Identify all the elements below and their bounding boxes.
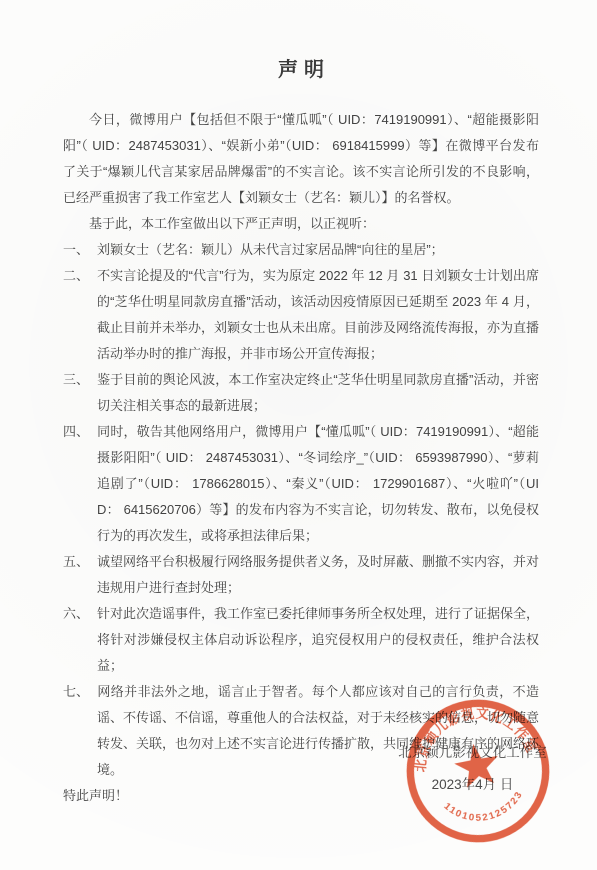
statement-item-6: 六、针对此次造谣事件，我工作室已委托律师事务所全权处理，进行了证据保全，将针对涉… xyxy=(63,601,539,679)
item-number: 五、 xyxy=(63,549,97,575)
item-number: 四、 xyxy=(63,419,97,445)
statement-item-1: 一、刘颖女士（艺名：颖儿）从未代言过家居品牌“向往的星居”； xyxy=(63,237,539,263)
item-number: 一、 xyxy=(63,237,97,263)
item-text: 不实言论提及的“代言”行为，实为原定 2022 年 12 月 31 日刘颖女士计… xyxy=(97,268,539,361)
intro-paragraph: 今日，微博用户【包括但不限于“懂瓜呱”（ UID：7419190991）、“超能… xyxy=(63,107,539,211)
statement-item-5: 五、诚望网络平台积极履行网络服务提供者义务，及时屏蔽、删撤不实内容，并对违规用户… xyxy=(63,549,539,601)
item-number: 六、 xyxy=(63,601,97,627)
item-text: 诚望网络平台积极履行网络服务提供者义务，及时屏蔽、删撤不实内容，并对违规用户进行… xyxy=(97,554,539,595)
statement-document-page: 声明 今日，微博用户【包括但不限于“懂瓜呱”（ UID：7419190991）、… xyxy=(0,0,597,870)
document-content: 声明 今日，微博用户【包括但不限于“懂瓜呱”（ UID：7419190991）、… xyxy=(63,0,539,809)
statement-item-4: 四、同时，敬告其他网络用户，微博用户【“懂瓜呱”（ UID：7419190991… xyxy=(63,419,539,549)
document-title: 声明 xyxy=(63,56,539,84)
item-text: 鉴于目前的舆论风波，本工作室决定终止“芝华仕明星同款房直播”活动，并密切关注相关… xyxy=(97,372,539,413)
statement-item-2: 二、不实言论提及的“代言”行为，实为原定 2022 年 12 月 31 日刘颖女… xyxy=(63,263,539,367)
item-number: 七、 xyxy=(63,679,97,705)
statement-item-3: 三、鉴于目前的舆论风波，本工作室决定终止“芝华仕明星同款房直播”活动，并密切关注… xyxy=(63,367,539,419)
official-seal-stamp: 北京颖儿影视文化工作室 1101052125723 xyxy=(392,685,563,856)
preamble-paragraph: 基于此，本工作室做出以下严正声明，以正视听： xyxy=(63,211,539,237)
item-text: 同时，敬告其他网络用户，微博用户【“懂瓜呱”（ UID：7419190991）、… xyxy=(97,424,539,543)
item-text: 刘颖女士（艺名：颖儿）从未代言过家居品牌“向往的星居”； xyxy=(97,242,444,257)
item-text: 针对此次造谣事件，我工作室已委托律师事务所全权处理，进行了证据保全，将针对涉嫌侵… xyxy=(97,606,539,673)
item-number: 二、 xyxy=(63,263,97,289)
seal-star-icon xyxy=(451,740,502,789)
item-number: 三、 xyxy=(63,367,97,393)
